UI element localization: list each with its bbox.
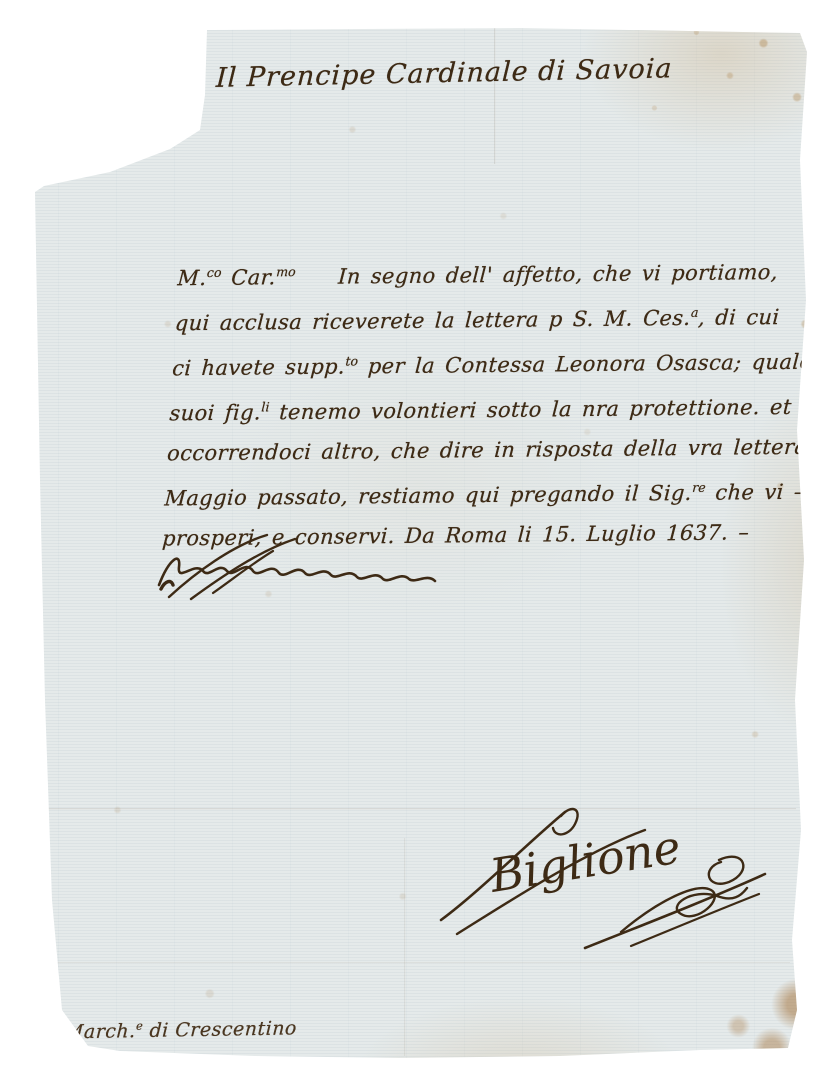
text-segment: occorrendoci altro, che dire in risposta… — [166, 434, 839, 466]
docket-annotation: March.e di Crescentino — [63, 1016, 297, 1043]
body-line: ci havete supp.to per la Contessa Leonor… — [171, 337, 819, 389]
body-line: qui acclusa riceverete la lettera p S. M… — [174, 292, 822, 344]
text-segment: che vi – — [705, 480, 806, 505]
text-segment: , di cui — [697, 305, 780, 330]
autograph-courtesy-scrawl — [155, 533, 485, 605]
text-segment: di Crescentino — [142, 1017, 297, 1042]
text-segment: per la Contessa Leonora Osasca; quale co… — [357, 349, 839, 378]
letter-paper: Il Prencipe Cardinale di Savoia M.co Car… — [0, 0, 839, 1080]
text-segment: ci havete supp. — [172, 355, 346, 381]
letter-body: M.co Car.mo In segno dell' affetto, che … — [161, 247, 824, 559]
text-segment: qui acclusa riceverete la lettera p S. M… — [174, 306, 691, 335]
text-segment: suoi fig. — [169, 400, 262, 425]
body-line: Maggio passato, restiamo qui pregando il… — [163, 467, 811, 519]
text-segment: Maggio passato, restiamo qui pregando il… — [164, 481, 693, 511]
text-segment: to — [345, 353, 359, 368]
text-segment: co — [206, 265, 222, 280]
text-segment: tenemo volontieri sotto la nra protettio… — [268, 394, 839, 424]
body-line: M.co Car.mo In segno dell' affetto, che … — [176, 247, 824, 299]
text-segment: mo — [276, 264, 296, 279]
body-line: suoi fig.li tenemo volontieri sotto la n… — [168, 382, 816, 434]
text-segment: In segno dell' affetto, che vi portiamo, — [295, 260, 779, 289]
text-segment: M. — [177, 266, 207, 290]
text-segment: re — [692, 480, 706, 495]
letter-photograph: Il Prencipe Cardinale di Savoia M.co Car… — [0, 0, 839, 1080]
text-segment: Car. — [221, 265, 277, 290]
signature-block: Biglione — [435, 800, 775, 950]
text-segment: March. — [63, 1020, 136, 1043]
signature-name-text: Biglione — [485, 820, 684, 904]
body-line: occorrendoci altro, che dire in risposta… — [166, 427, 813, 474]
